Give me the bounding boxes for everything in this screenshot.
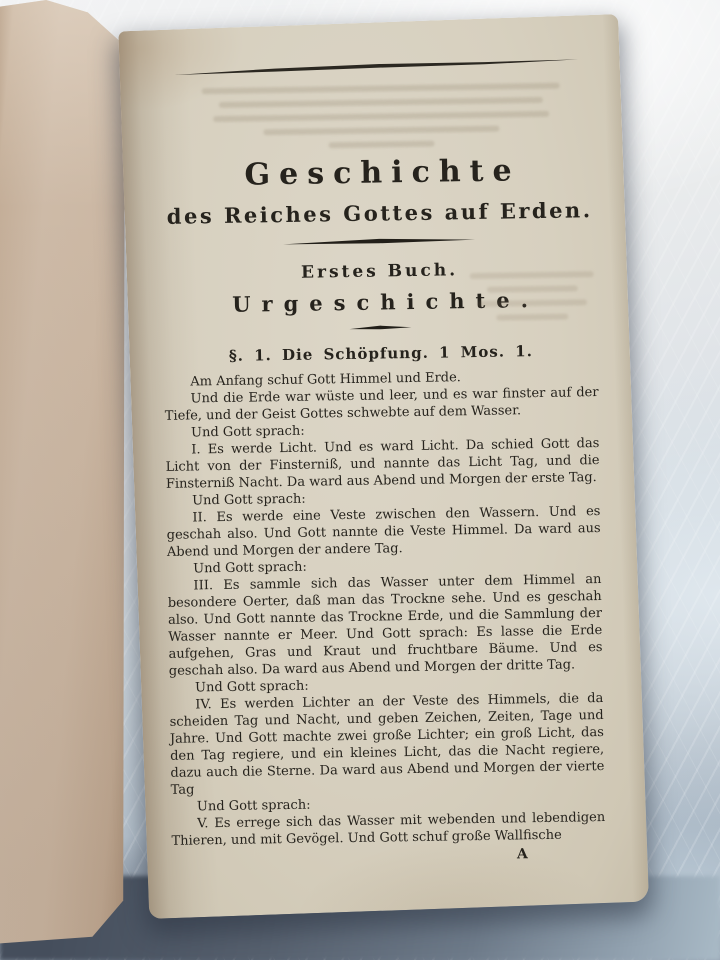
section-divider-rule xyxy=(349,324,411,331)
section-heading: §. 1. Die Schöpfung. 1 Mos. 1. xyxy=(164,341,598,366)
book-title-line2: des Reiches Gottes auf Erden. xyxy=(161,197,595,229)
bleedthrough-side-block xyxy=(467,271,598,329)
body-paragraph: IV. Es werden Lichter an der Veste des H… xyxy=(169,690,605,799)
book-page: Geschichte des Reiches Gottes auf Erden.… xyxy=(118,14,649,919)
body-paragraph: II. Es werde eine Veste zwischen den Was… xyxy=(166,503,601,561)
body-paragraph: III. Es sammle sich das Wasser unter dem… xyxy=(167,571,603,680)
photo-of-open-book: Geschichte des Reiches Gottes auf Erden.… xyxy=(0,0,720,960)
bleedthrough-block xyxy=(178,82,585,150)
book-title-line1: Geschichte xyxy=(161,152,595,194)
body-paragraph: V. Es errege sich das Wasser mit webende… xyxy=(171,809,605,850)
page-content: Geschichte des Reiches Gottes auf Erden.… xyxy=(127,19,641,915)
header-rule xyxy=(174,57,578,77)
body-paragraph: I. Es werde Licht. Und es ward Licht. Da… xyxy=(165,435,600,493)
body-text: Am Anfang schuf Gott Himmel und Erde. Un… xyxy=(164,367,605,850)
title-divider-rule xyxy=(283,236,475,247)
